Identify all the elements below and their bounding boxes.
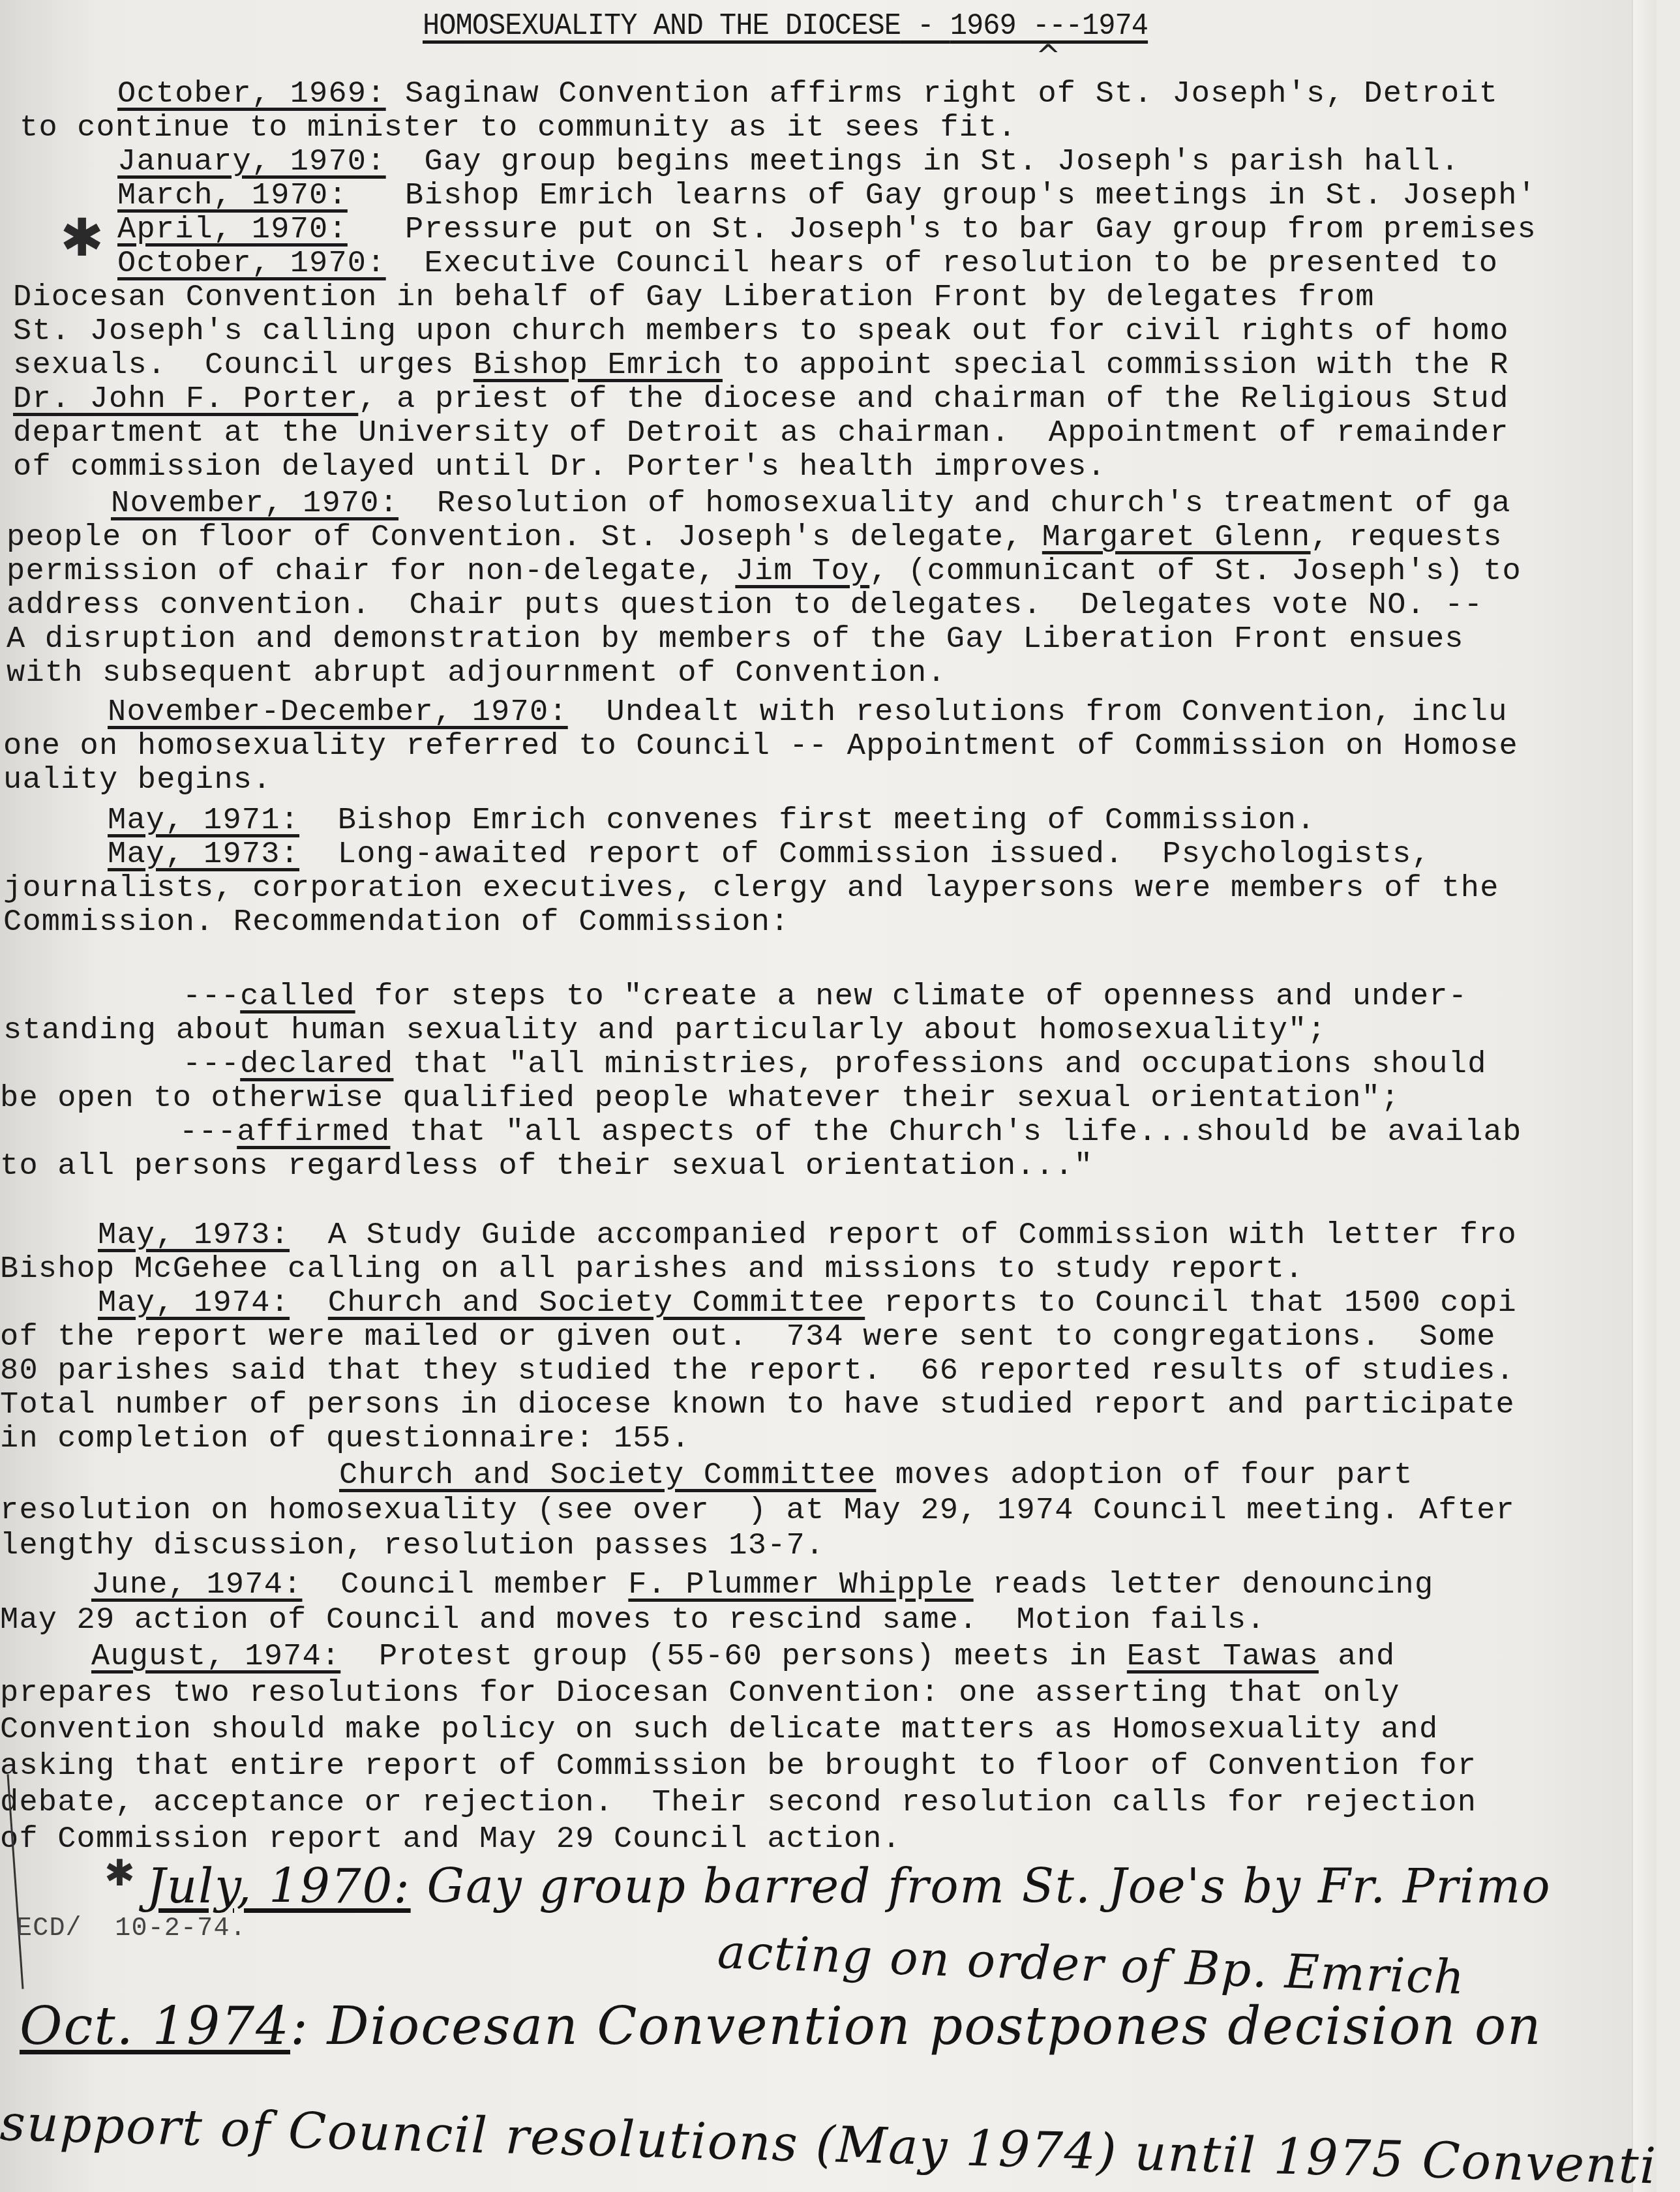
entry-line: sexuals. Council urges Bishop Emrich to …: [13, 348, 1509, 383]
entry-text: reports to Council that 1500 copi: [884, 1286, 1517, 1321]
entry-text: uality begins.: [3, 763, 272, 798]
entry-text: Diocesan Convention in behalf of Gay Lib…: [13, 280, 1375, 315]
entry-line: Commission. Recommendation of Commission…: [3, 905, 790, 940]
entry-line: Convention should make policy on such de…: [0, 1713, 1438, 1747]
entry-date: March, 1970:: [117, 179, 348, 213]
entry-line: Total number of persons in diocese known…: [0, 1388, 1515, 1422]
entry-line: with subsequent abrupt adjournment of Co…: [7, 656, 946, 691]
entry-text: asking that entire report of Commission …: [0, 1749, 1477, 1784]
entry-line: A disruption and demonstration by member…: [7, 622, 1464, 657]
entry-line: May 29 action of Council and moves to re…: [0, 1603, 1266, 1638]
person-name: Bishop Emrich: [473, 348, 723, 383]
entry-line: journalists, corporation executives, cle…: [3, 871, 1499, 906]
person-name: Jim Toy: [735, 554, 869, 589]
entry-line: May, 1973: Long-awaited report of Commis…: [108, 837, 1431, 872]
entry-line: Diocesan Convention in behalf of Gay Lib…: [13, 280, 1375, 315]
asterisk-mark-icon: ✱: [104, 1852, 135, 1895]
committee-name: Church and Society Committee: [328, 1286, 865, 1321]
handwritten-text: support of Council resolutions (May 1974…: [0, 2094, 1657, 2192]
entry-text: sexuals. Council urges: [13, 348, 473, 383]
recommendation-text: be open to otherwise qualified people wh…: [0, 1081, 1400, 1116]
entry-date: May, 1974:: [98, 1286, 290, 1321]
entry-text: Council member: [340, 1568, 628, 1602]
entry-line: August, 1974: Protest group (55-60 perso…: [91, 1640, 1396, 1674]
recommendation-verb: affirmed: [237, 1115, 390, 1150]
handwritten-text: Gay group barred from St. Joe's by Fr. P…: [427, 1859, 1552, 1914]
title-separator: -: [901, 9, 950, 43]
handwritten-note: July, 1970: Gay group barred from St. Jo…: [147, 1859, 1552, 1914]
entry-text: of the report were mailed or given out. …: [0, 1320, 1496, 1355]
entry-date: April, 1970:: [117, 213, 348, 247]
handwritten-text: acting on order of Bp. Emrich: [717, 1924, 1467, 2005]
entry-text: May 29 action of Council and moves to re…: [0, 1603, 1266, 1638]
entry-line: October, 1970: Executive Council hears o…: [117, 247, 1498, 281]
handwritten-note: acting on order of Bp. Emrich: [717, 1924, 1467, 2005]
dash-prefix: ---: [183, 980, 240, 1014]
handwritten-note: support of Council resolutions (May 1974…: [0, 2094, 1657, 2192]
entry-text: reads letter denouncing: [993, 1568, 1433, 1602]
place-name: East Tawas: [1127, 1640, 1319, 1674]
entry-line: of the report were mailed or given out. …: [0, 1320, 1496, 1355]
entry-line: St. Joseph's calling upon church members…: [13, 314, 1509, 349]
entry-text: Resolution of homosexuality and church's…: [437, 487, 1511, 521]
entry-line: May, 1971: Bishop Emrich convenes first …: [108, 803, 1316, 838]
entry-line: in completion of questionnaire: 155.: [0, 1422, 691, 1456]
recommendation-text: standing about human sexuality and parti…: [3, 1013, 1327, 1048]
entry-text: with subsequent abrupt adjournment of Co…: [7, 656, 946, 691]
asterisk-mark-icon: ✱: [60, 207, 104, 268]
entry-text: Protest group (55-60 persons) meets in: [379, 1640, 1127, 1674]
entry-line: debate, acceptance or rejection. Their s…: [0, 1786, 1477, 1820]
entry-text: and: [1338, 1640, 1395, 1674]
entry-line: prepares two resolutions for Diocesan Co…: [0, 1676, 1400, 1711]
committee-name: Church and Society Committee: [339, 1458, 876, 1493]
entry-line: 80 parishes said that they studied the r…: [0, 1354, 1515, 1389]
handwritten-text: : Diocesan Convention postpones decision…: [290, 1996, 1542, 2056]
entry-text: , (communicant of St. Joseph's) to: [869, 554, 1522, 589]
entry-line: Church and Society Committee moves adopt…: [339, 1458, 1413, 1493]
person-name: Margaret Glenn: [1042, 520, 1311, 555]
entry-line: of Commission report and May 29 Council …: [0, 1822, 901, 1857]
entry-text: Saginaw Convention affirms right of St. …: [405, 77, 1498, 112]
entry-date: May, 1971:: [108, 803, 299, 838]
entry-text: to appoint special commission with the R: [742, 348, 1508, 383]
entry-date: January, 1970:: [117, 145, 386, 179]
handwritten-date: July, 1970:: [147, 1859, 411, 1914]
entry-text: one on homosexuality referred to Council…: [3, 729, 1518, 764]
entry-line: lengthy discussion, resolution passes 13…: [0, 1529, 824, 1563]
footer-reference: ECD/ 10-2-74.: [16, 1914, 247, 1944]
entry-line: March, 1970: Bishop Emrich learns of Gay…: [117, 179, 1537, 213]
entry-line: April, 1970: Pressure put on St. Joseph'…: [117, 213, 1537, 247]
entry-text: Gay group begins meetings in St. Joseph'…: [424, 145, 1460, 179]
entry-date: November, 1970:: [111, 487, 398, 521]
entry-line: one on homosexuality referred to Council…: [3, 729, 1518, 764]
recommendation-text: for steps to "create a new climate of op…: [374, 980, 1467, 1014]
recommendation-line: to all persons regardless of their sexua…: [0, 1149, 1093, 1184]
entry-text: Executive Council hears of resolution to…: [424, 247, 1498, 281]
entry-date: June, 1974:: [91, 1568, 302, 1602]
entry-text: Long-awaited report of Commission issued…: [338, 837, 1431, 872]
entry-line: people on floor of Convention. St. Josep…: [7, 520, 1503, 555]
entry-line: department at the University of Detroit …: [13, 416, 1509, 451]
entry-text: debate, acceptance or rejection. Their s…: [0, 1786, 1477, 1820]
entry-line: address convention. Chair puts question …: [7, 588, 1483, 623]
entry-text: St. Joseph's calling upon church members…: [13, 314, 1509, 349]
entry-line: Bishop McGehee calling on all parishes a…: [0, 1252, 1304, 1287]
entry-line: May, 1973: A Study Guide accompanied rep…: [98, 1218, 1517, 1253]
entry-text: address convention. Chair puts question …: [7, 588, 1483, 623]
entry-line: November, 1970: Resolution of homosexual…: [111, 487, 1511, 521]
recommendation-verb: declared: [240, 1047, 393, 1082]
recommendation-verb: called: [240, 980, 355, 1014]
entry-line: asking that entire report of Commission …: [0, 1749, 1477, 1784]
entry-text: Undealt with resolutions from Convention…: [607, 695, 1508, 730]
scanned-page: HOMOSEXUALITY AND THE DIOCESE - 1969 ---…: [0, 0, 1657, 2192]
entry-text: Pressure put on St. Joseph's to bar Gay …: [405, 213, 1537, 247]
recommendation-text: that "all aspects of the Church's life..…: [410, 1115, 1522, 1150]
entry-line: to continue to minister to community as …: [20, 111, 1017, 145]
entry-text: , a priest of the diocese and chairman o…: [358, 382, 1508, 417]
paper-edge: [1632, 0, 1657, 2192]
entry-text: in completion of questionnaire: 155.: [0, 1422, 691, 1456]
entry-text: A disruption and demonstration by member…: [7, 622, 1464, 657]
entry-line: uality begins.: [3, 763, 272, 798]
entry-text: of Commission report and May 29 Council …: [0, 1822, 901, 1857]
entry-line: June, 1974: Council member F. Plummer Wh…: [91, 1568, 1433, 1602]
recommendation-line: standing about human sexuality and parti…: [3, 1013, 1327, 1048]
entry-text: of commission delayed until Dr. Porter's…: [13, 450, 1106, 485]
recommendation-line: ---called for steps to "create a new cli…: [183, 980, 1467, 1014]
entry-text: permission of chair for non-delegate,: [7, 554, 735, 589]
entry-text: lengthy discussion, resolution passes 13…: [0, 1529, 824, 1563]
entry-date: October, 1970:: [117, 247, 386, 281]
entry-text: , requests: [1311, 520, 1503, 555]
entry-text: resolution on homosexuality (see over ) …: [0, 1494, 1515, 1528]
entry-text: Bishop McGehee calling on all parishes a…: [0, 1252, 1304, 1287]
entry-text: moves adoption of four part: [895, 1458, 1413, 1493]
entry-text: Convention should make policy on such de…: [0, 1713, 1438, 1747]
handwritten-date: Oct. 1974: [20, 1996, 290, 2056]
entry-date: May, 1973:: [98, 1218, 290, 1253]
entry-text: to continue to minister to community as …: [20, 111, 1017, 145]
dash-prefix: ---: [183, 1047, 240, 1082]
entry-text: Commission. Recommendation of Commission…: [3, 905, 790, 940]
entry-text: Bishop Emrich convenes first meeting of …: [338, 803, 1316, 838]
entry-date: May, 1973:: [108, 837, 299, 872]
entry-date: November-December, 1970:: [108, 695, 568, 730]
entry-text: journalists, corporation executives, cle…: [3, 871, 1499, 906]
entry-text: people on floor of Convention. St. Josep…: [7, 520, 1042, 555]
person-name: F. Plummer Whipple: [628, 1568, 973, 1602]
entry-text: 80 parishes said that they studied the r…: [0, 1354, 1515, 1389]
recommendation-text: to all persons regardless of their sexua…: [0, 1149, 1093, 1184]
title-main: HOMOSEXUALITY AND THE DIOCESE: [423, 9, 901, 43]
recommendation-line: ---affirmed that "all aspects of the Chu…: [179, 1115, 1522, 1150]
entry-text: Total number of persons in diocese known…: [0, 1388, 1515, 1422]
entry-text: Bishop Emrich learns of Gay group's meet…: [405, 179, 1537, 213]
entry-line: October, 1969: Saginaw Convention affirm…: [117, 77, 1498, 112]
entry-line: Dr. John F. Porter, a priest of the dioc…: [13, 382, 1509, 417]
dash-prefix: ---: [179, 1115, 237, 1150]
entry-line: May, 1974: Church and Society Committee …: [98, 1286, 1517, 1321]
entry-line: November-December, 1970: Undealt with re…: [108, 695, 1508, 730]
entry-text: department at the University of Detroit …: [13, 416, 1509, 451]
entry-text: prepares two resolutions for Diocesan Co…: [0, 1676, 1400, 1711]
caret-mark-icon: ^: [1036, 38, 1061, 73]
entry-line: permission of chair for non-delegate, Ji…: [7, 554, 1522, 589]
recommendation-line: ---declared that "all ministries, profes…: [183, 1047, 1487, 1082]
entry-date: October, 1969:: [117, 77, 386, 112]
entry-line: January, 1970: Gay group begins meetings…: [117, 145, 1460, 179]
recommendation-line: be open to otherwise qualified people wh…: [0, 1081, 1400, 1116]
recommendation-text: that "all ministries, professions and oc…: [413, 1047, 1487, 1082]
handwritten-note: Oct. 1974: Diocesan Convention postpones…: [20, 1996, 1542, 2056]
entry-text: A Study Guide accompanied report of Comm…: [328, 1218, 1517, 1253]
entry-date: August, 1974:: [91, 1640, 340, 1674]
person-name: Dr. John F. Porter: [13, 382, 358, 417]
entry-line: of commission delayed until Dr. Porter's…: [13, 450, 1106, 485]
entry-line: resolution on homosexuality (see over ) …: [0, 1494, 1515, 1528]
